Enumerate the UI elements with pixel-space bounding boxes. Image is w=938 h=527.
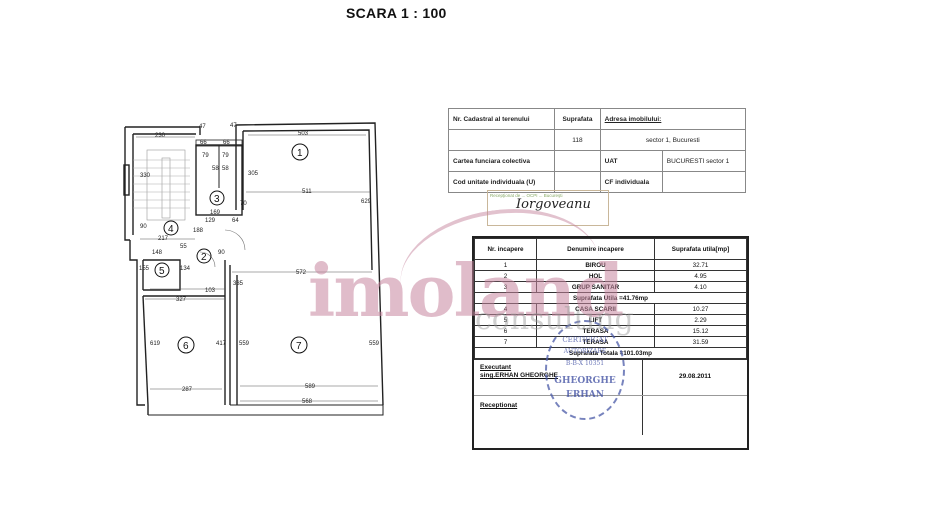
col-name-header: Denumire incapere: [537, 239, 655, 260]
room-area: 2.29: [655, 315, 747, 326]
room-name: CASA SCARII: [537, 304, 655, 315]
room-area: 15.12: [655, 326, 747, 337]
room-1-label: 1: [297, 148, 303, 159]
room-4-label: 4: [168, 224, 174, 235]
dim-text: 417: [216, 341, 227, 347]
authorization-seal: CERTIFICAT AUTORIZARE B-B-X 10351 GHEORG…: [545, 320, 625, 420]
table-row: 2 HOL 4.95: [475, 271, 747, 282]
dim-text: 148: [152, 250, 163, 256]
seal-line: CERTIFICAT: [547, 336, 623, 344]
carte-funciara-value: [555, 151, 600, 172]
dim-text: 305: [248, 171, 259, 177]
seal-line: AUTORIZARE: [547, 348, 623, 355]
cf-individuala-label: CF individuala: [600, 172, 662, 193]
dim-text: 629: [361, 199, 372, 205]
dim-text: 70: [240, 201, 247, 207]
dim-text: 134: [180, 266, 191, 272]
dim-text: 503: [298, 131, 309, 137]
dim-text: 58: [212, 166, 219, 172]
dim-text: 155: [139, 266, 150, 272]
table-row: 3 GRUP SANITAR 4.10: [475, 282, 747, 293]
dim-text: 327: [176, 297, 187, 303]
dim-text: 79: [202, 153, 209, 159]
subtotal-text: Suprafata Utila =41.76mp: [475, 293, 747, 304]
room-area: 4.95: [655, 271, 747, 282]
dim-text: 619: [150, 341, 161, 347]
dim-text: 47: [230, 123, 237, 129]
adresa-cell: Adresa imobilului:: [600, 109, 745, 130]
dim-text: 559: [369, 341, 380, 347]
dim-text: 287: [182, 387, 193, 393]
cadastral-table: Nr. Cadastral al terenului Suprafata Adr…: [448, 108, 746, 193]
room-name: GRUP SANITAR: [537, 282, 655, 293]
room-nr: 5: [475, 315, 537, 326]
dim-text: 559: [239, 341, 250, 347]
subtotal-row: Suprafata Utila =41.76mp: [475, 293, 747, 304]
room-2-label: 2: [201, 252, 207, 263]
col-area-header: Suprafata utila[mp]: [655, 239, 747, 260]
adresa-header: Adresa imobilului:: [601, 115, 745, 124]
room-nr: 7: [475, 337, 537, 348]
dim-text: 188: [193, 228, 204, 234]
room-nr: 4: [475, 304, 537, 315]
room-area: 32.71: [655, 260, 747, 271]
date: 29.08.2011: [679, 373, 711, 380]
room-6-label: 6: [183, 341, 189, 352]
receptionat-label: Receptionat: [480, 402, 517, 409]
room-nr: 2: [475, 271, 537, 282]
dim-text: 90: [218, 250, 225, 256]
nr-cadastral-value: [449, 130, 555, 151]
room-5-label: 5: [159, 266, 165, 277]
dim-text: 568: [302, 399, 313, 405]
room-name: BIROU: [537, 260, 655, 271]
dim-text: 58: [222, 166, 229, 172]
dim-text: 90: [140, 224, 147, 230]
divider: [642, 360, 643, 435]
dim-text: 103: [205, 288, 216, 294]
dim-text: 335: [233, 281, 244, 287]
room-area: 10.27: [655, 304, 747, 315]
suprafata-value: 118: [555, 130, 600, 151]
dim-text: 511: [302, 189, 312, 195]
room-nr: 3: [475, 282, 537, 293]
room-7-label: 7: [296, 341, 302, 352]
seal-line: B-B-X 10351: [547, 360, 623, 367]
table-row: 4 CASA SCARII 10.27: [475, 304, 747, 315]
adresa-value: sector 1, Bucuresti: [600, 130, 745, 151]
dim-text: 330: [140, 173, 151, 179]
room-3-label: 3: [214, 194, 220, 205]
col-nr-header: Nr. incapere: [475, 239, 537, 260]
dim-text: 230: [155, 133, 166, 139]
dim-text: 66: [200, 140, 207, 146]
cf-individuala-value: [662, 172, 745, 193]
uat-value: BUCURESTI sector 1: [662, 151, 745, 172]
room-area: 31.59: [655, 337, 747, 348]
dim-text: 129: [205, 218, 216, 224]
suprafata-header: Suprafata: [555, 109, 600, 130]
dim-text: 55: [180, 244, 187, 250]
dim-text: 589: [305, 384, 316, 390]
table-row: 5 LIFT 2.29: [475, 315, 747, 326]
dim-text: 169: [210, 210, 221, 216]
carte-funciara-label: Cartea funciara colectiva: [449, 151, 555, 172]
dim-text: 79: [222, 153, 229, 159]
dim-text: 66: [223, 140, 230, 146]
seal-line: ERHAN: [547, 390, 623, 400]
room-nr: 1: [475, 260, 537, 271]
uat-label: UAT: [600, 151, 662, 172]
nr-cadastral-header: Nr. Cadastral al terenului: [449, 109, 555, 130]
room-nr: 6: [475, 326, 537, 337]
dim-text: 64: [232, 218, 239, 224]
table-row: 1 BIROU 32.71: [475, 260, 747, 271]
dim-text: 572: [296, 270, 307, 276]
dim-text: 217: [158, 236, 169, 242]
seal-line: GHEORGHE: [547, 376, 623, 386]
room-area: 4.10: [655, 282, 747, 293]
room-name: HOL: [537, 271, 655, 282]
dim-text: 47: [199, 124, 206, 130]
